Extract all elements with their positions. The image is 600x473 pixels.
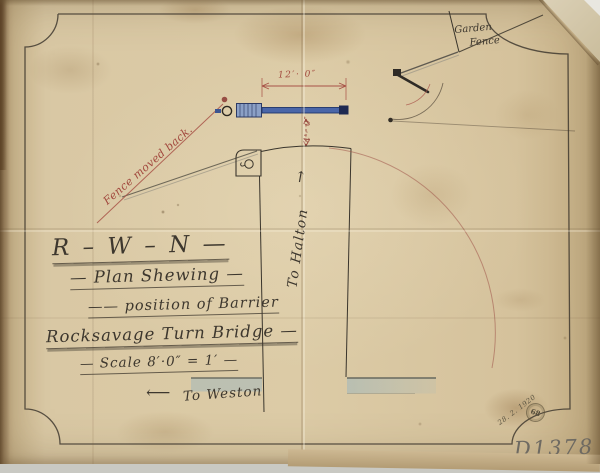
garden-gate [388, 69, 575, 131]
stamp-number: 68 [529, 407, 541, 419]
scanned-drawing: Garden Fence Fence moved back. 12′· 0″ 4… [0, 0, 600, 473]
garden-fence-line1: Garden [454, 22, 492, 36]
garden-fence-label: Garden Fence [454, 20, 501, 52]
to-weston-arrow-icon: ⟵ [146, 383, 170, 403]
barrier-bar [215, 104, 349, 118]
bridge-swing-arc [329, 148, 495, 368]
dimension-12ft-label: 12′· 0″ [278, 69, 317, 80]
title-plan-shewing: — Plan Shewing — [70, 264, 244, 291]
moved-fence-lines [97, 97, 258, 223]
dimension-12ft-line [262, 78, 346, 100]
dimension-4ft-label: 4′· 0″ [303, 109, 313, 149]
paper-right-edge [586, 0, 600, 464]
paper-top-edge [0, 0, 600, 6]
title-initials: R – W – N — [52, 231, 229, 265]
paper-left-edge-dark [0, 0, 7, 170]
